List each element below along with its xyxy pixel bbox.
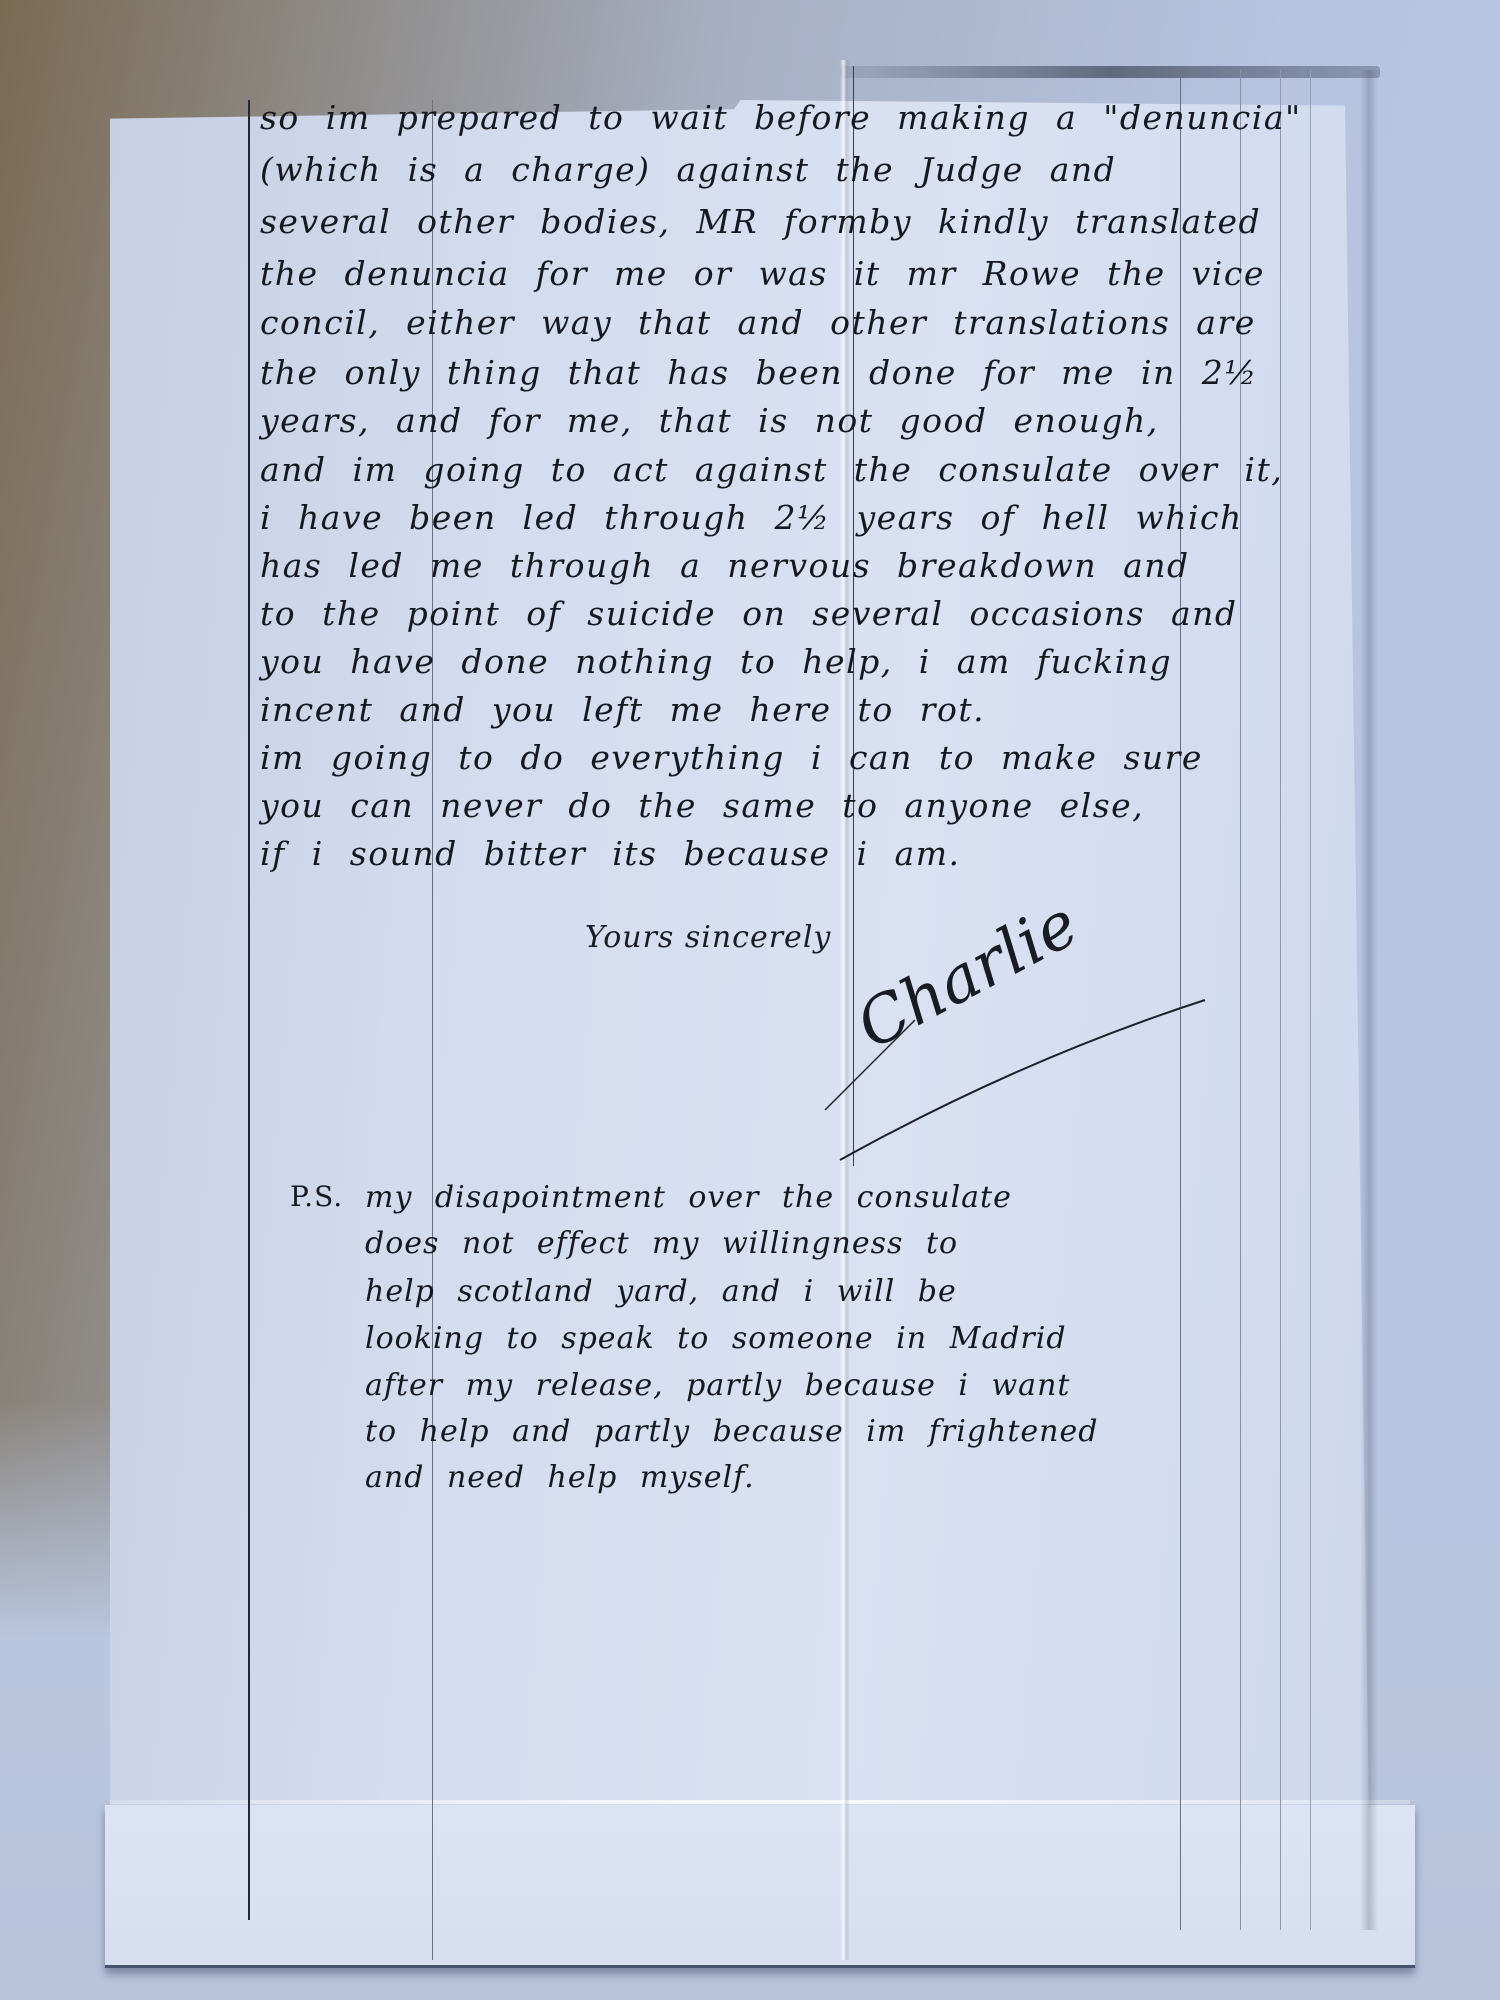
body-line: years, and for me, that is not good enou… [260, 401, 1159, 440]
body-line: so im prepared to wait before making a "… [260, 98, 1302, 137]
body-line: im going to do everything i can to make … [260, 738, 1203, 777]
column-rule-4 [1240, 70, 1241, 1930]
right-edge-smudge [1360, 70, 1378, 1930]
paper-top-fold-shadow [840, 66, 1380, 78]
body-line: you have done nothing to help, i am fuck… [260, 642, 1172, 681]
signature-flourish-icon [820, 980, 1220, 1180]
ps-line: does not effect my willingness to [365, 1226, 958, 1261]
body-line: incent and you left me here to rot. [260, 690, 985, 729]
body-line: if i sound bitter its because i am. [260, 834, 960, 873]
body-line: (which is a charge) against the Judge an… [260, 150, 1116, 189]
body-line: i have been led through 2½ years of hell… [260, 498, 1243, 537]
signature: Charlie [820, 980, 1220, 1180]
body-line: has led me through a nervous breakdown a… [260, 546, 1190, 585]
body-line: the denuncia for me or was it mr Rowe th… [260, 254, 1265, 293]
ps-line: to help and partly because im frightened [365, 1414, 1098, 1449]
column-rule-5 [1280, 70, 1281, 1930]
body-line: you can never do the same to anyone else… [260, 786, 1144, 825]
body-line: concil, either way that and other transl… [260, 303, 1256, 342]
horizontal-fold-crease [110, 1800, 1410, 1804]
ps-line: help scotland yard, and i will be [365, 1274, 957, 1309]
closing-salutation: Yours sincerely [585, 920, 831, 955]
margin-rule [248, 100, 250, 1920]
body-line: and im going to act against the consulat… [260, 450, 1283, 489]
ps-line: my disapointment over the consulate [365, 1180, 1012, 1215]
body-line: to the point of suicide on several occas… [260, 594, 1238, 633]
column-rule-6 [1310, 70, 1311, 1930]
ps-line: looking to speak to someone in Madrid [365, 1321, 1067, 1356]
body-line: the only thing that has been done for me… [260, 353, 1258, 392]
ps-line: after my release, partly because i want [365, 1368, 1070, 1403]
ps-line: and need help myself. [365, 1460, 755, 1495]
body-line: several other bodies, MR formby kindly t… [260, 202, 1261, 241]
paper-bottom-flap [105, 1805, 1415, 1968]
ps-label: P.S. [290, 1180, 343, 1213]
